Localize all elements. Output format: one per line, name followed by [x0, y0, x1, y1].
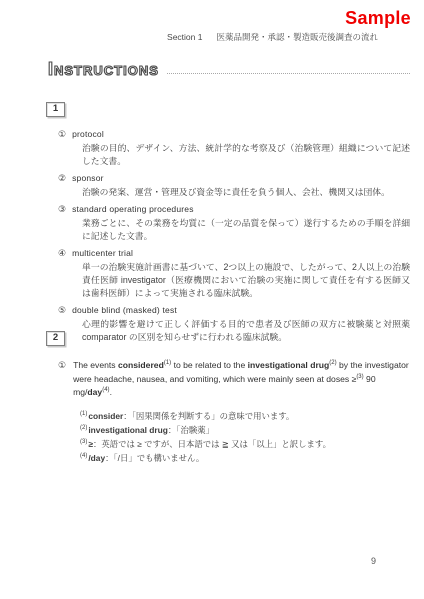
circled-number-marker: ①	[58, 129, 66, 140]
glossary-list: ① protocol 治験の目的、デザイン、方法、統計学的な考察及び（治験管理）…	[58, 129, 410, 344]
list-item: ② sponsor 治験の発案、運営・管理及び資金等に責任を負う個人、会社、機関…	[58, 173, 410, 199]
section-title: 医薬品開発・承認・製造販売後調査の流れ	[216, 32, 378, 42]
footnote-list: (1)consider：「因果関係を判断する」の意味で用います。 (2)inve…	[80, 409, 410, 465]
document-page: Sample Section 1医薬品開発・承認・製造販売後調査の流れ Inst…	[0, 0, 424, 599]
footnote-superscript: (2)	[80, 425, 87, 431]
dotted-rule	[167, 73, 410, 74]
instructions-heading-row: Instructions	[48, 60, 410, 78]
circled-number-marker: ①	[58, 359, 66, 373]
example-sentence-row: ① The events considered(1) to be related…	[58, 359, 410, 400]
footnote: (2)investigational drug：「治験薬」	[80, 423, 410, 437]
sample-watermark: Sample	[345, 8, 411, 29]
term-label: protocol	[72, 129, 104, 139]
circled-number-marker: ②	[58, 173, 66, 184]
circled-number-marker: ⑤	[58, 305, 66, 316]
term-definition: 治験の目的、デザイン、方法、統計学的な考察及び（治験管理）組織について記述した文…	[82, 142, 410, 168]
list-item: ① protocol 治験の目的、デザイン、方法、統計学的な考察及び（治験管理）…	[58, 129, 410, 168]
list-item: ④ multicenter trial 単一の治験実施計画書に基づいて、2つ以上…	[58, 248, 410, 300]
instructions-heading: Instructions	[48, 60, 159, 78]
section-1-number-box: 1	[46, 102, 65, 117]
circled-number-marker: ③	[58, 204, 66, 215]
section-1: 1 ① protocol 治験の目的、デザイン、方法、統計学的な考察及び（治験管…	[46, 98, 410, 349]
section-2: 2 ① The events considered(1) to be relat…	[46, 327, 410, 465]
footnote-term: /day	[88, 453, 105, 463]
running-header: Section 1医薬品開発・承認・製造販売後調査の流れ	[167, 31, 378, 43]
footnote-text: ：「治験薬」	[168, 425, 214, 435]
term-label: standard operating procedures	[72, 204, 194, 214]
section-2-number-box: 2	[46, 331, 65, 346]
footnote-superscript: (3)	[80, 439, 87, 445]
footnote-superscript: (1)	[80, 411, 87, 417]
footnote: (1)consider：「因果関係を判断する」の意味で用います。	[80, 409, 410, 423]
term-label: double blind (masked) test	[72, 305, 177, 315]
list-item: ③ standard operating procedures 業務ごとに、その…	[58, 204, 410, 243]
page-number: 9	[371, 556, 376, 566]
circled-number-marker: ④	[58, 248, 66, 259]
section-label: Section 1	[167, 32, 202, 42]
footnote-term: investigational drug	[88, 425, 168, 435]
footnote-superscript: (4)	[80, 453, 87, 459]
footnote-term: consider	[88, 411, 123, 421]
footnote: (4)/day：「/日」でも構いません。	[80, 451, 410, 465]
example-sentence: The events considered(1) to be related t…	[73, 359, 409, 400]
term-definition: 単一の治験実施計画書に基づいて、2つ以上の施設で、したがって、2人以上の治験責任…	[82, 261, 410, 300]
footnote-text: ：「/日」でも構いません。	[105, 453, 204, 463]
term-label: multicenter trial	[72, 248, 133, 258]
term-definition: 業務ごとに、その業務を均質に（一定の品質を保って）遂行するための手順を詳細に記述…	[82, 217, 410, 243]
footnote: (3)≥：英語では ≥ ですが、日本語では ≧ 又は「以上」と訳します。	[80, 437, 410, 451]
footnote-text: ：「因果関係を判断する」の意味で用います。	[123, 411, 294, 421]
footnote-text: ：英語では ≥ ですが、日本語では ≧ 又は「以上」と訳します。	[93, 439, 331, 449]
term-label: sponsor	[72, 173, 104, 183]
term-definition: 治験の発案、運営・管理及び資金等に責任を負う個人、会社、機関又は団体。	[82, 186, 410, 199]
